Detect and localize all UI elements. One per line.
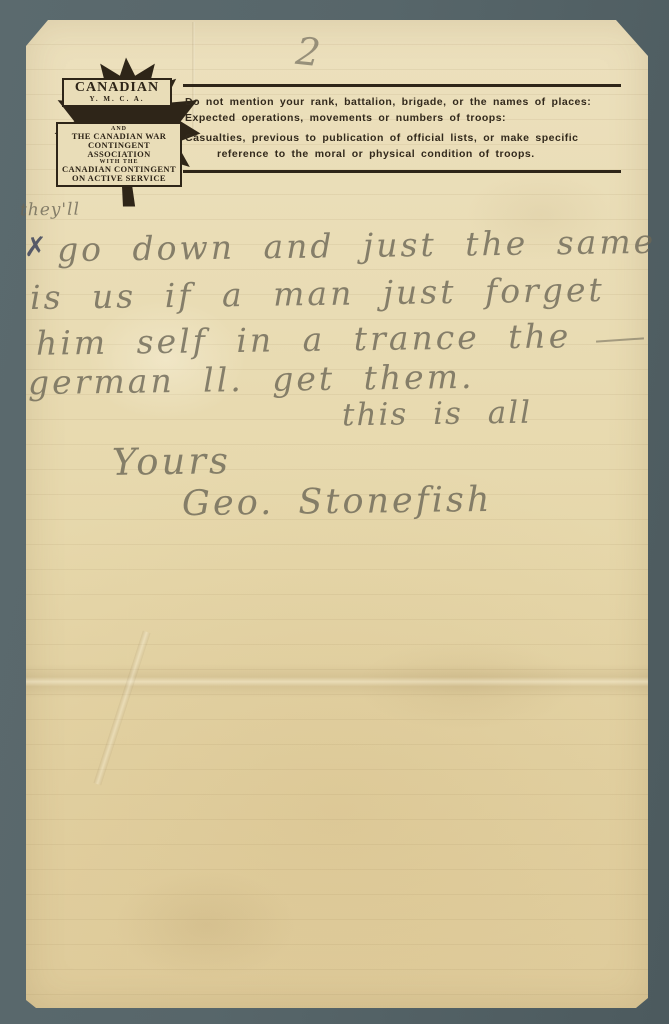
notice-line: reference to the moral or physical condi… xyxy=(185,146,619,162)
handwritten-line: is us if a man just forget xyxy=(30,270,605,317)
notice-line: Do not mention your rank, battalion, bri… xyxy=(185,94,619,110)
notice-line: Expected operations, movements or number… xyxy=(185,110,619,126)
handwritten-line: go down and just the same xyxy=(57,222,657,269)
handwritten-line: him self in a trance the xyxy=(36,316,572,362)
handwritten-insertion: they'll xyxy=(20,200,80,221)
logo-subtitle-line: CONTINGENT ASSOCIATION xyxy=(58,141,180,159)
logo-subtitle-box: AND THE CANADIAN WAR CONTINGENT ASSOCIAT… xyxy=(56,122,182,187)
logo-title-line: Y. M. C. A. xyxy=(64,96,170,103)
handwritten-page-number: 2 xyxy=(294,29,323,75)
handwritten-line: this is all xyxy=(342,395,533,434)
ymca-letterhead-logo: CANADIAN Y. M. C. A. AND THE CANADIAN WA… xyxy=(50,56,202,208)
insertion-x-mark: ✗ xyxy=(24,232,47,263)
handwritten-line: german ll. get them. xyxy=(28,357,475,402)
logo-subtitle-line: ON ACTIVE SERVICE xyxy=(58,174,180,183)
paper-stain xyxy=(356,640,576,730)
logo-title-box: CANADIAN Y. M. C. A. xyxy=(62,78,172,107)
notice-line: Casualties, previous to publication of o… xyxy=(185,130,619,146)
handwritten-closing: Yours xyxy=(112,439,232,484)
paper-stain xyxy=(116,870,296,980)
handwritten-signature: Geo. Stonefish xyxy=(182,480,493,524)
scanned-letter-photo: CANADIAN Y. M. C. A. AND THE CANADIAN WA… xyxy=(0,0,669,1024)
censorship-notice: Do not mention your rank, battalion, bri… xyxy=(183,84,621,173)
logo-title-line: CANADIAN xyxy=(64,81,170,96)
